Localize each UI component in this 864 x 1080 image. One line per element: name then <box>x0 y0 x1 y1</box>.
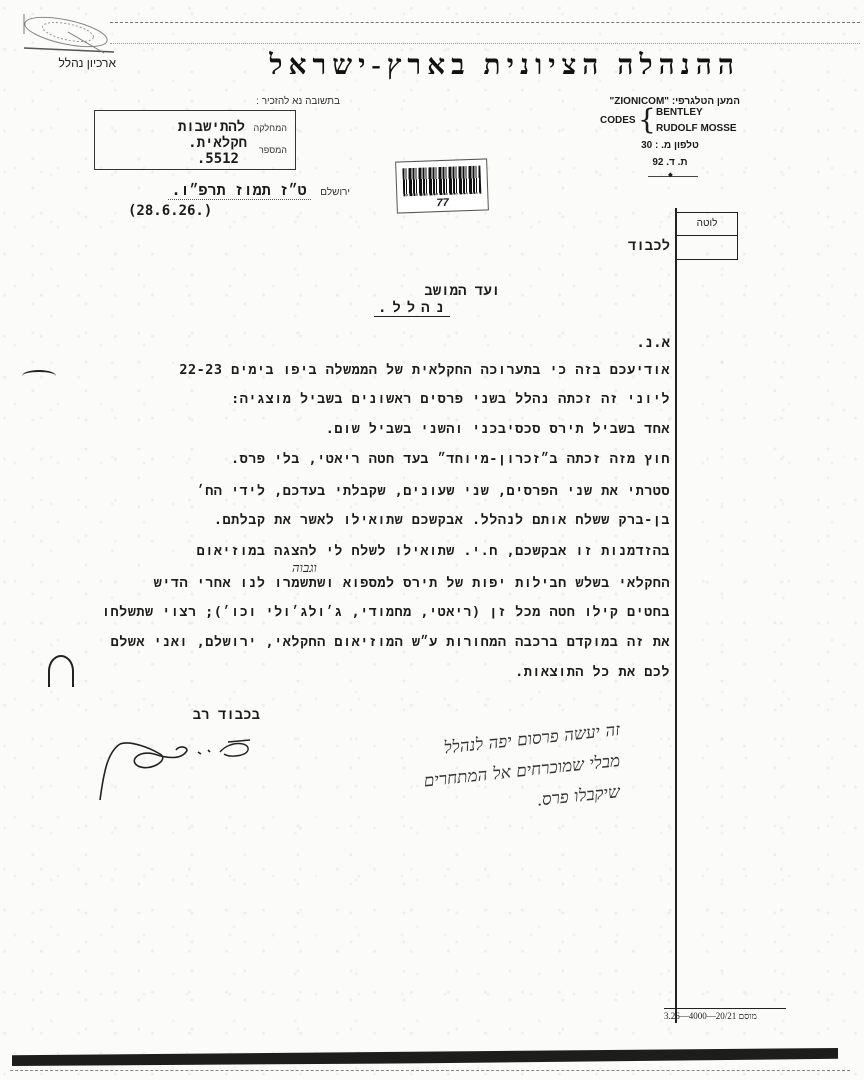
letterhead-title: ההנהלה הציונית בארץ-ישראל <box>220 50 740 82</box>
top-edge-line <box>110 22 860 23</box>
closing: בכבוד רב <box>140 707 260 724</box>
barcode-icon <box>402 166 481 197</box>
letter-line: לכם את כל התוצאות. <box>40 664 670 681</box>
margin-box-label: לוטה <box>677 213 737 236</box>
archive-label: ארכיון נהלל <box>59 56 116 70</box>
letter-line: בהזדמנות זו אבקשכם, ח.י. שתואילו לשלח לי… <box>40 543 670 560</box>
hebrew-date: ט״ז תמוז תרפ״ו. <box>168 181 311 200</box>
reply-reference-note: בתשובה נא להזכיר : <box>120 96 340 107</box>
margin-box: לוטה <box>675 212 738 260</box>
signature-icon <box>90 730 270 805</box>
bottom-edge-line <box>10 1070 850 1071</box>
number-label: המספר <box>259 145 287 155</box>
handwritten-insert: וגבוה <box>292 560 317 576</box>
place-label: ירושלם <box>320 187 350 198</box>
letter-line: את זה במוקדם ברכבה המחורות ע״ש המוזיאום … <box>40 634 670 651</box>
margin-mark <box>22 370 56 382</box>
letter-line: חוץ מזה זכתה ב״זכרון-מיוחד״ בעד חטה ריאט… <box>40 451 670 468</box>
letter-line: בן-ברק ששלח אותם לנהלל. אבקשכם שתואילו ל… <box>40 512 670 529</box>
greeting: א.נ. <box>560 335 670 352</box>
letter-line: בחטים קילו חטה מכל זן (ריאטי, מחמודי, ג׳… <box>40 604 670 621</box>
letter-line: אודיעכם בזה כי בתערוכה החקלאית של הממשלה… <box>40 362 670 379</box>
code-item: RUDOLF MOSSE <box>656 123 737 134</box>
phone-number: טלפון מ. : 30 <box>620 140 720 151</box>
recipient-place: נהלל. <box>250 300 450 317</box>
barcode-sticker: 77 <box>395 158 489 213</box>
form-code: 3.26—4000—20/21 מוסם <box>664 1008 786 1021</box>
scan-bottom-edge <box>12 1048 838 1066</box>
letter-line: סטרתי את שני הפרסים, שני שעונים, שקבלתי … <box>40 483 670 500</box>
margin-rule <box>675 208 677 1023</box>
divider-ornament <box>648 176 698 177</box>
bracket-mark <box>48 655 74 687</box>
department-name: להתישבות <box>178 119 245 135</box>
reference-box: המחלקה להתישבות חקלאית. המספר .5512 <box>94 110 296 170</box>
codes-label: CODES <box>600 115 636 126</box>
salutation: לכבוד <box>440 238 670 255</box>
letter-line: ליוני זה זכתה נהלל בשני פרסים ראשונים בש… <box>40 391 670 408</box>
recipient: ועד המושב <box>250 283 500 300</box>
brace-icon: { <box>638 106 656 134</box>
reference-number: .5512 <box>197 151 239 167</box>
top-edge-line <box>110 43 860 44</box>
letter-line: החקלאי בשלש חבילות יפות של תירס למספוא ו… <box>40 575 670 592</box>
signature <box>90 730 270 805</box>
barcode-number: 77 <box>397 195 487 210</box>
po-box: ת. ד. 92 <box>620 157 720 168</box>
department-name-cont: חקלאית. <box>188 135 247 152</box>
gregorian-date: (28.6.26.) <box>128 203 212 219</box>
place-date: ירושלם ט״ז תמוז תרפ״ו. <box>100 180 350 200</box>
handwritten-postscript: זה יעשה פרסום יפה לנהלל מבלי שמוכרחים אל… <box>320 715 620 808</box>
department-label: המחלקה <box>253 123 287 133</box>
letter-line: אחד בשביל תירס סכסיבכני והשני בשביל שום. <box>40 421 670 438</box>
archive-stamp: ארכיון נהלל <box>4 8 124 78</box>
code-item: BENTLEY <box>656 107 703 118</box>
